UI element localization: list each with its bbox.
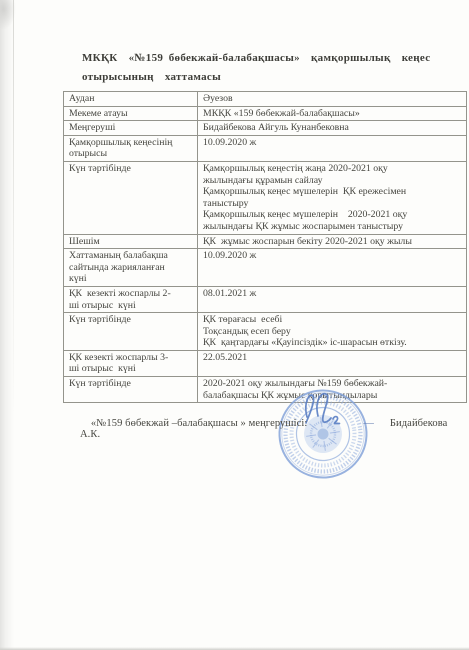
row-value: Қамқоршылық кеңестің жаңа 2020-2021 оқу … (198, 161, 467, 234)
row-value: МКҚК «159 бөбекжай-балабақшасы» (198, 106, 467, 121)
table-row: Қамқоршылық кеңесінің отырысы 10.09.2020… (64, 135, 467, 161)
table-row: Күн тәртібінде 2020-2021 оқу жылындағы №… (64, 377, 467, 403)
row-label: Күн тәртібінде (64, 161, 198, 234)
scanned-document-page: МКҚК «№159 бөбекжай-балабақшасы» қамқорш… (0, 0, 469, 650)
protocol-table: Аудан Әуезов Мекеме атауы МКҚК «159 бөбе… (63, 91, 467, 403)
row-value: Әуезов (198, 92, 467, 107)
table-row: Күн тәртібінде Қамқоршылық кеңестің жаңа… (64, 161, 467, 234)
signature-line-text: «№159 бөбекжай –балабақшасы » меңгерушіс… (91, 418, 307, 429)
table-row: ҚК кезекті жоспарлы 2- ші отырыс күні 08… (64, 286, 467, 312)
row-label: Хаттаманың балабақша сайтында жарияланға… (64, 249, 198, 287)
row-label: Қамқоршылық кеңесінің отырысы (64, 135, 198, 161)
row-value: ҚК жұмыс жоспарын бекіту 2020-2021 оқу ж… (198, 234, 467, 249)
row-value: 22.05.2021 (198, 350, 467, 376)
row-value: 2020-2021 оқу жылындағы №159 бөбекжай- б… (198, 377, 467, 403)
scan-left-edge-line (13, 0, 14, 420)
table-row: ҚК кезекті жоспарлы 3- ші отырыс күні 22… (64, 350, 467, 376)
table-row: Аудан Әуезов (64, 92, 467, 107)
row-label: Аудан (64, 92, 198, 107)
scan-corner-smudge (0, 0, 16, 30)
row-label: Шешім (64, 234, 198, 249)
row-value: 10.09.2020 ж (198, 249, 467, 287)
document-title: МКҚК «№159 бөбекжай-балабақшасы» қамқорш… (82, 49, 454, 87)
row-label: ҚК кезекті жоспарлы 2- ші отырыс күні (64, 286, 198, 312)
row-label: ҚК кезекті жоспарлы 3- ші отырыс күні (64, 350, 198, 376)
signature-row: «№159 бөбекжай –балабақшасы » меңгерушіс… (80, 407, 460, 451)
row-value: ҚК төрағасы есебі Тоқсандық есеп беру ҚК… (198, 313, 467, 351)
row-value: 08.01.2021 ж (198, 286, 467, 312)
row-label: Күн тәртібінде (64, 313, 198, 351)
table-row: Күн тәртібінде ҚК төрағасы есебі Тоқсанд… (64, 313, 467, 351)
row-value: 10.09.2020 ж (198, 135, 467, 161)
row-value: Бидайбекова Айгуль Кунанбековна (198, 121, 467, 136)
row-label: Күн тәртібінде (64, 377, 198, 403)
table-row: Хаттаманың балабақша сайтында жарияланға… (64, 249, 467, 287)
row-label: Мекеме атауы (64, 106, 198, 121)
row-label: Меңгеруші (64, 121, 198, 136)
table-row: Шешім ҚК жұмыс жоспарын бекіту 2020-2021… (64, 234, 467, 249)
table-row: Мекеме атауы МКҚК «159 бөбекжай-балабақш… (64, 106, 467, 121)
table-row: Меңгеруші Бидайбекова Айгуль Кунанбековн… (64, 121, 467, 136)
scan-left-edge-shadow (0, 0, 14, 650)
signature-dash: — (363, 418, 374, 429)
